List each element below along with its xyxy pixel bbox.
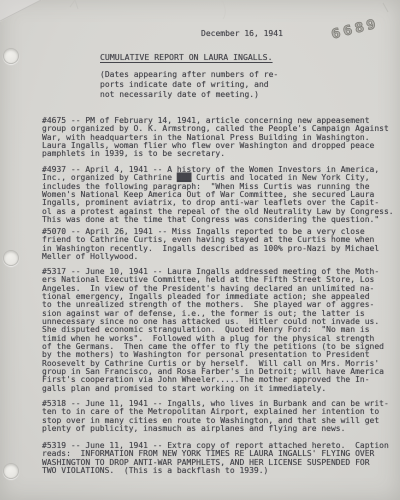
hole-punch-bottom: [3, 463, 19, 479]
report-title: CUMULATIVE REPORT ON LAURA INGALLS.: [100, 53, 273, 62]
date-explanation-note: (Dates appearing after numbers of re- po…: [100, 70, 278, 101]
report-entry-4675: #4675 -- PM of February 14, 1941, articl…: [42, 117, 398, 159]
report-entry-5318: #5318 -- June 11, 1941 -- Ingalls, who l…: [42, 400, 398, 433]
document-page: 6689 December 16, 1941 CUMULATIVE REPORT…: [0, 0, 400, 500]
report-entry-5070: #5070 -- April 26, 1941 -- Miss Ingalls …: [42, 228, 398, 261]
report-date: December 16, 1941: [201, 29, 283, 38]
report-entry-5317: #5317 -- June 10, 1941 -- Laura Ingalls …: [42, 268, 398, 393]
report-entry-4937: #4937 -- April 4, 1941 -- A history of t…: [42, 166, 398, 224]
hole-punch-middle: [3, 250, 19, 266]
hole-punch-top: [3, 48, 19, 64]
report-entry-5319: #5319 -- June 11, 1941 -- Extra copy of …: [42, 442, 398, 475]
serial-number-stamp: 6689: [330, 16, 380, 42]
